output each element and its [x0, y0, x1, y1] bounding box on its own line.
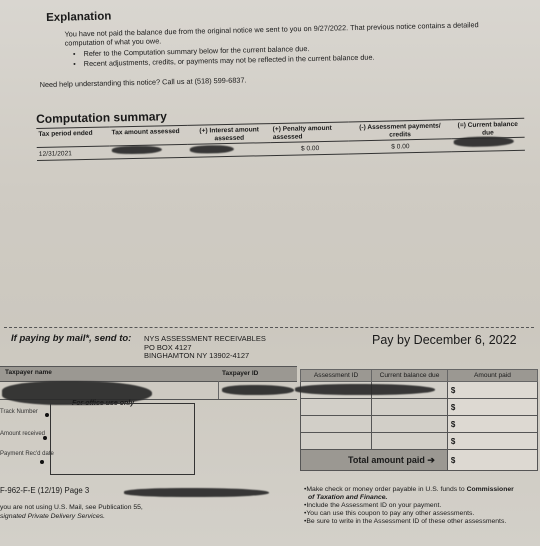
total-amount-label: Total amount paid ➔ [301, 450, 448, 471]
col-payments: (-) Assessment payments/ credits [349, 120, 452, 141]
taxpayer-name-label: Taxpayer name [5, 369, 52, 376]
office-field-track-number: Track Number [0, 409, 38, 416]
instruction-item: •Make check or money order payable in U.… [304, 486, 540, 494]
pay-by-date: Pay by December 6, 2022 [372, 333, 517, 347]
notice-page: Explanation You have not paid the balanc… [0, 0, 540, 546]
amount-paid-field[interactable]: $ [447, 382, 537, 399]
col-interest: (+) Interest amount assessed [188, 124, 271, 145]
instruction-item: •You can use this coupon to pay any othe… [304, 510, 540, 518]
explanation-section: Explanation You have not paid the balanc… [46, 1, 518, 89]
note-line: signated Private Delivery Services. [0, 513, 143, 522]
tear-line [4, 327, 534, 328]
note-line: you are not using U.S. Mail, see Publica… [0, 504, 143, 513]
payment-instructions: •Make check or money order payable in U.… [304, 486, 540, 526]
redacted-footer [124, 488, 269, 497]
total-row: Total amount paid ➔ $ [301, 450, 538, 471]
cell-payments: $ 0.00 [349, 139, 452, 154]
taxpayer-id-label: Taxpayer ID [222, 370, 258, 377]
amount-paid-field[interactable]: $ [447, 433, 537, 450]
table-row: $ [301, 433, 538, 450]
mail-label: If paying by mail*, send to: [11, 333, 131, 344]
col-assessment-id: Assessment ID [301, 370, 372, 382]
form-identifier: F-962-F-E (12/19) Page 3 [0, 486, 89, 495]
address-line: BINGHAMTON NY 13902-4127 [144, 352, 266, 361]
col-amount-paid: Amount paid [447, 370, 537, 382]
col-tax-period: Tax period ended [36, 127, 110, 148]
private-delivery-note: you are not using U.S. Mail, see Publica… [0, 504, 143, 521]
payment-coupon-grid: Assessment ID Current balance due Amount… [300, 369, 538, 471]
assessment-id-field[interactable] [301, 416, 372, 433]
cell-interest-redacted [188, 143, 271, 158]
table-row: $ [301, 416, 538, 433]
help-phone-text: Need help understanding this notice? Cal… [40, 69, 518, 89]
assessment-id-field[interactable] [301, 433, 372, 450]
cell-penalty: $ 0.00 [271, 141, 349, 156]
cell-balance-redacted [451, 137, 524, 152]
assessment-id-field[interactable] [301, 399, 372, 416]
taxpayer-row [0, 381, 297, 400]
payment-table: Assessment ID Current balance due Amount… [300, 369, 538, 471]
instruction-item: of Taxation and Finance. [304, 494, 540, 502]
mail-address: NYS ASSESSMENT RECEIVABLES PO BOX 4127 B… [144, 335, 266, 361]
instruction-item: •Be sure to write in the Assessment ID o… [304, 518, 540, 526]
cell-tax-redacted [110, 144, 188, 159]
office-field-amount-received: Amount received [0, 431, 45, 438]
payment-header-row: Assessment ID Current balance due Amount… [301, 370, 538, 382]
taxpayer-id-redacted [222, 385, 294, 395]
col-tax-amount: Tax amount assessed [110, 125, 188, 146]
office-field-payment-date: Payment Rec'd date [0, 451, 54, 458]
table-row: $ [301, 399, 538, 416]
assessment-id-cell [301, 382, 372, 399]
balance-field[interactable] [372, 416, 448, 433]
column-divider [218, 381, 219, 399]
total-amount-field[interactable]: $ [447, 450, 537, 471]
col-current-balance: Current balance due [372, 370, 448, 382]
cell-period: 12/31/2021 [37, 146, 110, 161]
office-use-box [50, 403, 195, 475]
bullet-dot [40, 460, 44, 464]
bullet-dot [45, 413, 49, 417]
balance-field[interactable] [372, 433, 448, 450]
amount-paid-field[interactable]: $ [447, 416, 537, 433]
col-penalty: (+) Penalty amount assessed [271, 122, 349, 143]
table-row: $ [301, 382, 538, 399]
balance-field[interactable] [372, 399, 448, 416]
instruction-item: •Include the Assessment ID on your payme… [304, 502, 540, 510]
computation-summary: Computation summary Tax period ended Tax… [36, 102, 525, 161]
taxpayer-header: Taxpayer name Taxpayer ID [0, 366, 297, 382]
bullet-dot [43, 436, 47, 440]
amount-paid-field[interactable]: $ [447, 399, 537, 416]
